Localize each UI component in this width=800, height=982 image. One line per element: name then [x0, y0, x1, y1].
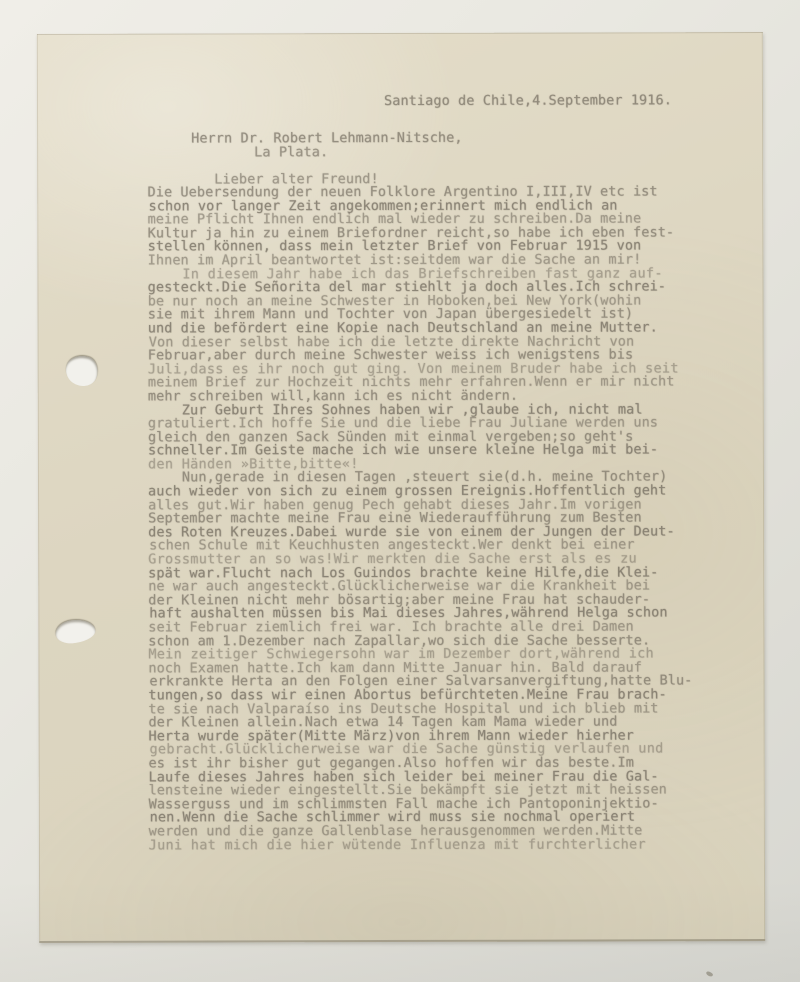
recipient-city-line: La Plata. [254, 146, 328, 160]
punch-hole-bottom [54, 617, 97, 645]
letter-dateline: Santiago de Chile,4.September 1916. [384, 94, 672, 108]
letter-body-line: Juni hat mich die hier wütende Influenza… [149, 838, 754, 853]
letter-page: Santiago de Chile,4.September 1916. Herr… [37, 32, 765, 943]
punch-hole-top [63, 353, 100, 389]
letter-body: Die Uebersendung der neuen Folklore Arge… [148, 185, 754, 852]
dust-speck [705, 971, 713, 978]
scanner-background: Santiago de Chile,4.September 1916. Herr… [0, 0, 800, 982]
